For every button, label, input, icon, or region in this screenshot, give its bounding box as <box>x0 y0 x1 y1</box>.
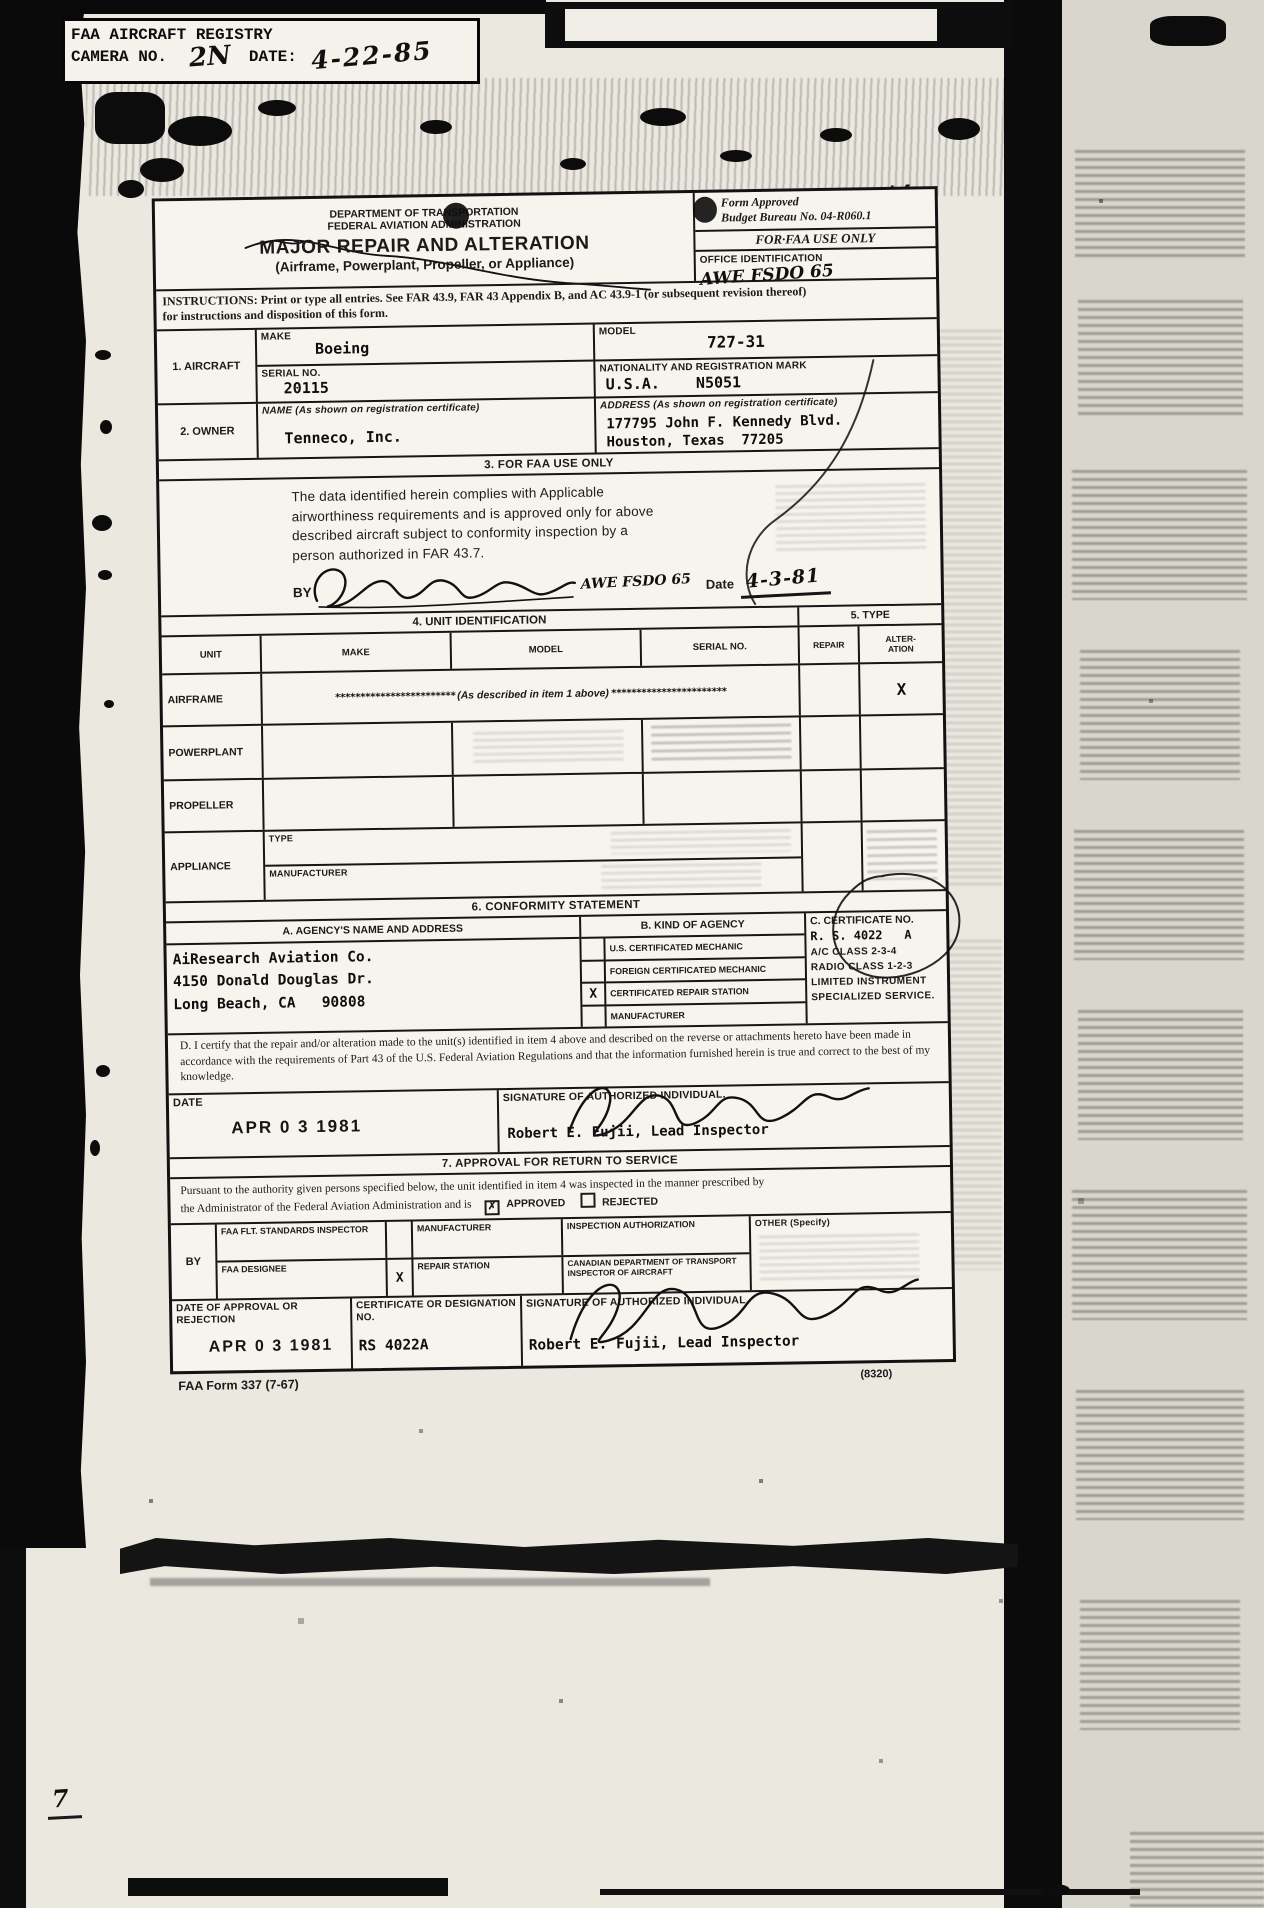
owner-address-line2: Houston, Texas 77205 <box>606 432 783 451</box>
scan-artifact <box>98 570 112 580</box>
row-propeller-label: PROPELLER <box>164 780 265 832</box>
by-inspection-authorization: INSPECTION AUTHORIZATION <box>563 1216 750 1255</box>
section-1-aircraft-label: 1. AIRCRAFT <box>157 330 258 404</box>
scan-artifact <box>601 863 761 890</box>
airframe-stars-left: ************************ <box>335 690 456 703</box>
airframe-alteration-mark: X <box>897 679 907 698</box>
certificate-no: R. S. 4022 A <box>810 925 946 945</box>
faa-date-value: 4-3-81 <box>745 564 821 592</box>
scan-artifact <box>90 1140 100 1156</box>
rejected-checkbox <box>580 1193 595 1208</box>
scan-artifact <box>820 128 852 142</box>
scan-artifact <box>720 150 752 162</box>
row-airframe-label: AIRFRAME <box>162 674 263 726</box>
scan-artifact <box>1078 300 1243 420</box>
scan-artifact <box>0 1548 26 1908</box>
scan-artifact <box>96 1065 110 1077</box>
faa-signature-annotation: AWE FSDO 65 <box>580 571 691 593</box>
agency-kind-label: CERTIFICATED REPAIR STATION <box>606 980 805 1004</box>
scan-artifact <box>938 118 980 140</box>
agency-kind-mark <box>581 938 605 959</box>
scan-artifact <box>0 0 2 2</box>
scan-artifact <box>1004 0 1062 1908</box>
form-code: (8320) <box>860 1368 892 1382</box>
approval-date-value: APR 0 3 1981 <box>209 1337 334 1357</box>
col-make: MAKE <box>262 633 453 672</box>
scan-artifact <box>95 350 111 360</box>
approved-label: APPROVED <box>506 1197 565 1210</box>
scan-artifact <box>1040 1884 1070 1896</box>
scan-artifact <box>104 700 114 708</box>
owner-name-value: Tenneco, Inc. <box>284 428 402 448</box>
faa-by-label: BY <box>293 585 312 600</box>
scan-artifact <box>867 829 938 880</box>
scan-artifact <box>640 108 686 126</box>
col-alteration: ALTER- <box>885 634 916 644</box>
scan-artifact <box>775 483 926 555</box>
certificate-class4: SPECIALIZED SERVICE. <box>811 988 947 1005</box>
col-alteration-2: ATION <box>888 644 914 654</box>
conformity-d-text: D. I certify that the repair and/or alte… <box>180 1029 930 1084</box>
rejected-label: REJECTED <box>602 1196 658 1209</box>
by-faa-designee: FAA DESIGNEE <box>217 1260 388 1299</box>
section-2-owner-label: 2. OWNER <box>158 404 259 460</box>
airframe-repair-cell <box>800 664 861 715</box>
ink-blot <box>693 197 717 223</box>
col-serial: SERIAL NO. <box>642 627 801 665</box>
row-appliance-label: APPLIANCE <box>165 832 266 902</box>
col-model: MODEL <box>452 630 643 669</box>
airframe-stars-right: *********************** <box>611 686 727 699</box>
scan-artifact <box>611 830 791 855</box>
by-repair-station-mark: X <box>387 1259 414 1295</box>
scan-artifact <box>651 723 792 765</box>
conformity-date-value: APR 0 3 1981 <box>231 1116 362 1138</box>
scan-artifact <box>1072 470 1247 600</box>
scan-artifact <box>759 1234 920 1281</box>
registry-camera-value: 2N <box>188 41 232 74</box>
approval-sig-value: Robert E. Fujii, Lead Inspector <box>529 1333 800 1353</box>
scan-artifact <box>95 92 165 144</box>
pursuant-line2: the Administrator of the Federal Aviatio… <box>180 1199 471 1216</box>
scan-artifact <box>1072 1190 1247 1320</box>
agency-kind-mark <box>582 1006 606 1027</box>
serial-value: 20115 <box>284 379 329 398</box>
faa-form-337: DEPARTMENT OF TRANSPORTATION FEDERAL AVI… <box>152 186 957 1393</box>
by-other-specify: OTHER (Specify) <box>751 1213 951 1228</box>
scan-artifact <box>1078 1010 1243 1140</box>
scanned-document-page: FAA AIRCRAFT REGISTRY CAMERA NO. 2N DATE… <box>0 0 1264 1908</box>
registration-value: U.S.A. N5051 <box>606 373 742 393</box>
scan-artifact <box>1076 1390 1244 1520</box>
scan-artifact <box>140 158 184 182</box>
scan-artifact <box>120 1538 1018 1574</box>
scan-artifact <box>1130 1832 1264 1908</box>
airframe-description: (As described in item 1 above) <box>457 687 609 701</box>
by-canadian-dot-inspector: CANADIAN DEPARTMENT OF TRANSPORT INSPECT… <box>563 1254 750 1293</box>
scan-artifact <box>150 1578 710 1586</box>
conformity-sig-value: Robert E. Fujii, Lead Inspector <box>507 1122 769 1142</box>
faa-date-label: Date <box>706 576 734 591</box>
registry-camera-label: CAMERA NO. <box>71 46 167 68</box>
approval-date-header: DATE OF APPROVAL OR REJECTION <box>172 1298 350 1326</box>
agency-kind-mark <box>582 961 606 982</box>
approval-cert-header: CERTIFICATE OR DESIGNATION NO. <box>352 1296 520 1324</box>
ink-underline <box>48 1815 82 1820</box>
approved-checkbox: ✗ <box>484 1200 499 1215</box>
scan-artifact <box>92 515 112 531</box>
scan-artifact <box>258 100 296 116</box>
scan-artifact <box>100 420 112 434</box>
scan-artifact <box>118 180 144 198</box>
form-approved-line2: Budget Bureau No. 04-R060.1 <box>721 207 929 225</box>
scan-artifact <box>1150 16 1226 46</box>
row-powerplant-label: POWERPLANT <box>163 726 264 780</box>
approval-by-label: BY <box>171 1225 218 1300</box>
by-repair-station: REPAIR STATION <box>413 1257 564 1295</box>
scan-artifact <box>565 9 937 41</box>
col-repair: REPAIR <box>800 626 861 663</box>
scan-artifact <box>0 0 546 14</box>
scan-artifact <box>1075 150 1245 260</box>
col-unit: UNIT <box>162 636 263 674</box>
scan-artifact <box>1080 650 1240 780</box>
by-flt-standards-inspector: FAA FLT. STANDARDS INSPECTOR <box>217 1222 388 1261</box>
scan-artifact <box>1080 1600 1240 1730</box>
scan-artifact <box>1074 830 1244 960</box>
scan-artifact <box>168 116 232 146</box>
ink-underline <box>741 591 831 599</box>
scan-artifact <box>473 730 624 766</box>
approval-cert-value: RS 4022A <box>359 1337 429 1354</box>
scan-artifact <box>128 1878 448 1896</box>
model-value: 727-31 <box>707 332 765 352</box>
section-5-type-title: 5. TYPE <box>799 605 941 625</box>
scan-artifact <box>0 0 86 1548</box>
scan-artifact <box>560 158 586 170</box>
agency-kind-label: MANUFACTURER <box>606 1003 805 1027</box>
scan-artifact <box>420 120 452 134</box>
page-note-7: 7 <box>51 1783 70 1813</box>
agency-kind-mark: X <box>582 983 606 1004</box>
faa-registry-stamp: FAA AIRCRAFT REGISTRY CAMERA NO. 2N DATE… <box>62 18 480 84</box>
agency-kind-label: FOREIGN CERTIFICATED MECHANIC <box>606 958 805 982</box>
form-number: FAA Form 337 (7-67) <box>178 1377 299 1393</box>
registry-date-label: DATE: <box>249 46 297 68</box>
agency-kind-label: U.S. CERTIFICATED MECHANIC <box>605 935 804 959</box>
by-manufacturer: MANUFACTURER <box>413 1219 564 1257</box>
make-value: Boeing <box>315 339 369 358</box>
owner-address-line1: 177795 John F. Kennedy Blvd. <box>606 413 842 433</box>
